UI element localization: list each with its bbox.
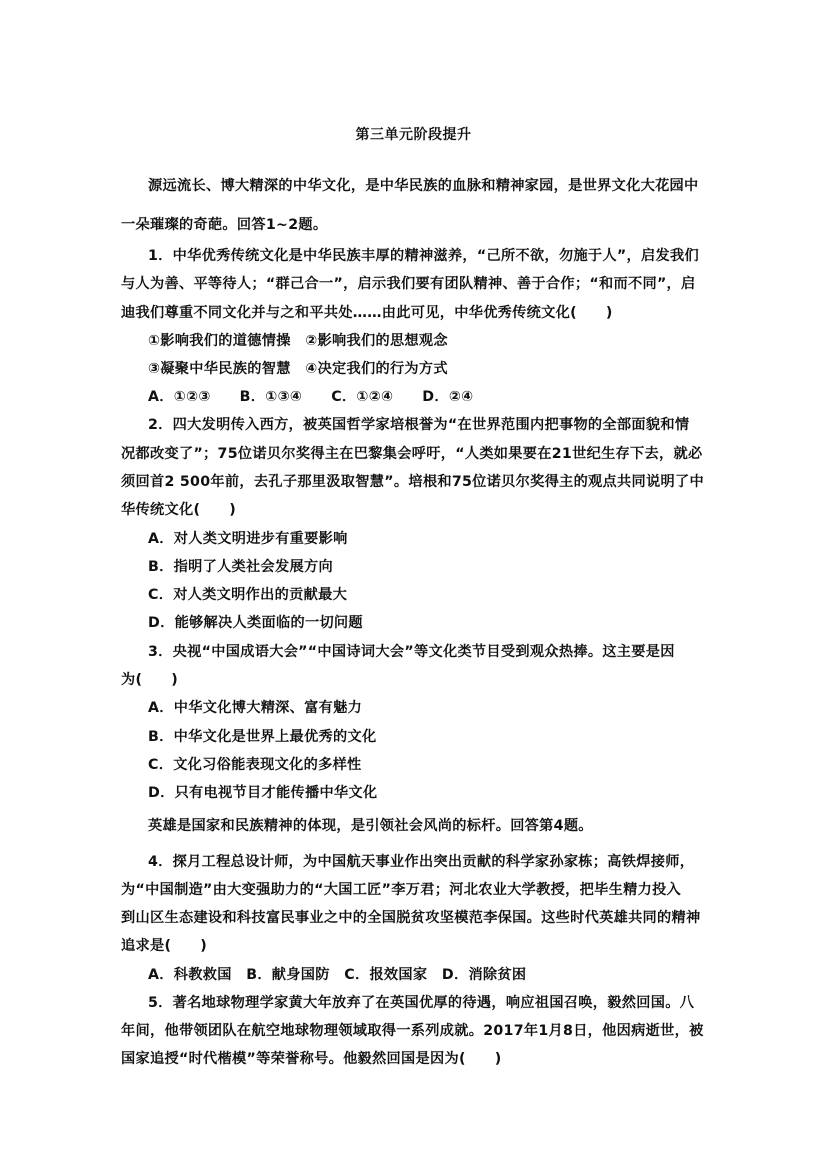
question-4-line: 追求是( ) — [121, 935, 207, 955]
question-2-line: 华传统文化( ) — [121, 499, 236, 519]
intro-question-4: 英雄是国家和民族精神的体现，是引领社会风尚的标杆。回答第4题。 — [148, 815, 593, 835]
question-1-line: 1．中华优秀传统文化是中华民族丰厚的精神滋养，“己所不欲，勿施于人”，启发我们 — [148, 245, 699, 265]
question-3-line: 3．央视“中国成语大会”“中国诗词大会”等文化类节目受到观众热捧。这主要是因 — [148, 641, 675, 661]
question-2-line: 2．四大发明传入西方，被英国哲学家培根誉为“在世界范围内把事物的全部面貌和情 — [148, 414, 689, 434]
question-2-option-b: B．指明了人类社会发展方向 — [148, 556, 333, 576]
intro-line: 一朵璀璨的奇葩。回答1~2题。 — [121, 214, 327, 234]
question-5-line: 5．著名地球物理学家黄大年放弃了在英国优厚的待遇，响应祖国召唤，毅然回国。八 — [148, 992, 694, 1012]
question-2-option-a: A．对人类文明进步有重要影响 — [148, 528, 348, 548]
question-1-statement: ③凝聚中华民族的智慧 ④决定我们的行为方式 — [148, 358, 448, 378]
question-3-line: 为( ) — [121, 669, 178, 689]
question-5-line: 年间，他带领团队在航空地球物理领域取得一系列成就。2017年1月8日，他因病逝世… — [121, 1020, 704, 1040]
question-2-line: 须回首2 500年前，去孔子那里汲取智慧”。培根和75位诺贝尔奖得主的观点共同说… — [121, 471, 704, 491]
question-4-line: 4．探月工程总设计师，为中国航天事业作出突出贡献的科学家孙家栋；高铁焊接师， — [148, 851, 694, 871]
question-4-line: 为“中国制造”由大变强助力的“大国工匠”李万君；河北农业大学教授，把毕生精力投入 — [121, 879, 681, 899]
question-1-statement: ①影响我们的道德情操 ②影响我们的思想观念 — [148, 330, 448, 350]
question-4-options: A．科教救国 B．献身国防 C．报效国家 D．消除贫困 — [148, 964, 526, 984]
question-3-option-d: D．只有电视节目才能传播中华文化 — [148, 782, 377, 802]
page-title: 第三单元阶段提升 — [0, 124, 827, 144]
question-3-option-a: A．中华文化博大精深、富有魅力 — [148, 697, 362, 717]
question-3-option-b: B．中华文化是世界上最优秀的文化 — [148, 726, 376, 746]
question-1-line: 与人为善、平等待人；“群己合一”，启示我们要有团队精神、善于合作；“和而不同”，… — [121, 273, 696, 293]
question-2-option-d: D．能够解决人类面临的一切问题 — [148, 612, 363, 632]
question-5-line: 国家追授“时代楷模”等荣誉称号。他毅然回国是因为( ) — [121, 1048, 502, 1068]
question-1-line: 迪我们尊重不同文化并与之和平共处……由此可见，中华优秀传统文化( ) — [121, 302, 613, 322]
question-2-line: 况都改变了”；75位诺贝尔奖得主在巴黎集会呼吁，“人类如果要在21世纪生存下去，… — [121, 443, 703, 463]
question-1-options: A．①②③ B．①③④ C．①②④ D．②④ — [148, 386, 474, 406]
intro-line: 源远流长、博大精深的中华文化，是中华民族的血脉和精神家园，是世界文化大花园中 — [148, 175, 699, 195]
question-2-option-c: C．对人类文明作出的贡献最大 — [148, 584, 347, 604]
question-3-option-c: C．文化习俗能表现文化的多样性 — [148, 754, 362, 774]
document-page: 第三单元阶段提升 源远流长、博大精深的中华文化，是中华民族的血脉和精神家园，是世… — [0, 0, 827, 1169]
question-4-line: 到山区生态建设和科技富民事业之中的全国脱贫攻坚模范李保国。这些时代英雄共同的精神 — [121, 907, 701, 927]
